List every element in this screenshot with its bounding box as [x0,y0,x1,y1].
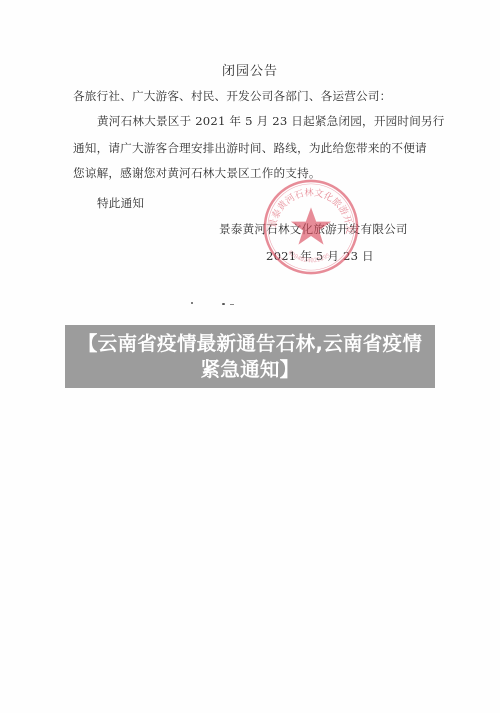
document-title: 闭园公告 [0,60,500,79]
scan-speck [191,302,193,304]
document-date: 2021 年 5 月 23 日 [266,248,374,264]
document-body-line-1: 黄河石林大景区于 2021 年 5 月 23 日起紧急闭园，开园时间另行 [97,113,445,129]
document-salutation: 各旅行社、广大游客、村民、开发公司各部门、各运营公司： [73,88,391,104]
caption-banner: 【云南省疫情最新通告石林,云南省疫情紧急通知】 [65,325,435,388]
document-closing: 特此通知 [97,195,144,211]
scan-speck [230,304,234,305]
document-body-line-3: 您谅解，感谢您对黄河石林大景区工作的支持。 [73,165,321,181]
scanned-document-page: 闭园公告 各旅行社、广大游客、村民、开发公司各部门、各运营公司： 黄河石林大景区… [0,0,500,713]
caption-text: 【云南省疫情最新通告石林,云南省疫情紧急通知】 [73,331,427,383]
scan-speck [222,303,225,305]
document-signer: 景泰黄河石林文化旅游开发有限公司 [219,221,408,237]
document-body-line-2: 通知，请广大游客合理安排出游时间、路线，为此给您带来的不便请 [73,140,427,156]
